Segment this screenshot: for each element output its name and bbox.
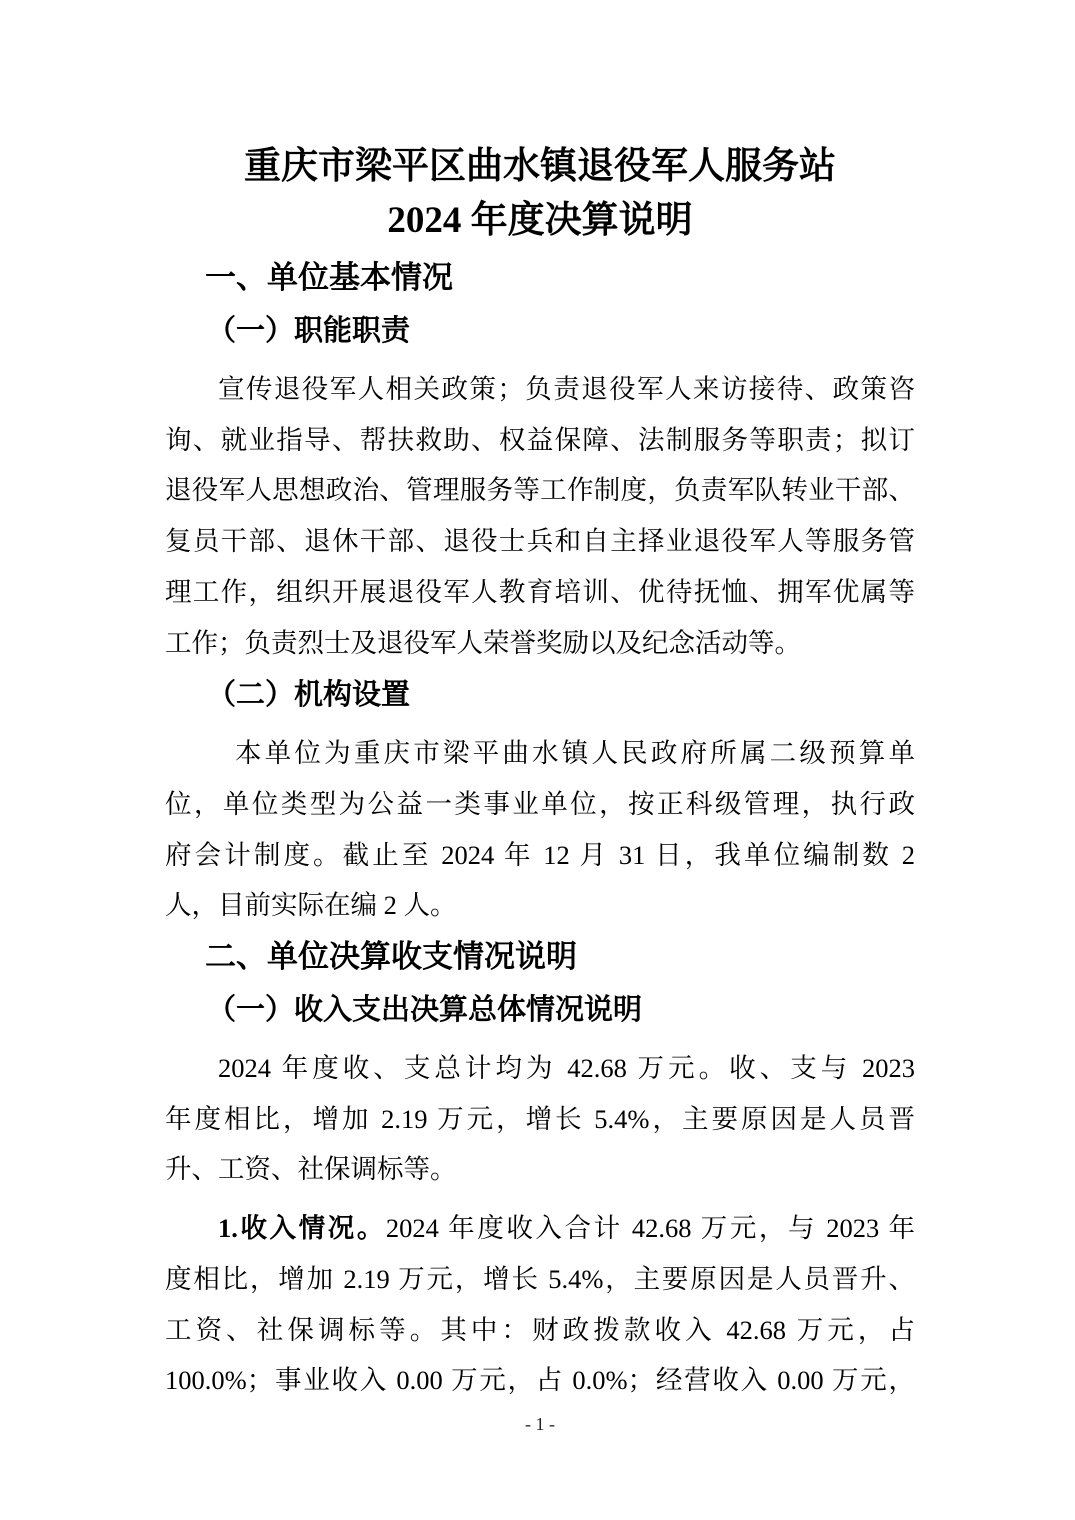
text-line: 升、工资、社保调标等。	[165, 1144, 915, 1195]
subsection-heading-duties: （一）职能职责	[165, 306, 915, 356]
text-line: 复员干部、退休干部、退役士兵和自主择业退役军人等服务管	[165, 516, 915, 567]
income-line1-rest: 2024 年度收入合计 42.68 万元，与 2023 年	[386, 1213, 915, 1243]
subsection-heading-income-expense-overview: （一）收入支出决算总体情况说明	[165, 985, 915, 1035]
document-title-line1: 重庆市梁平区曲水镇退役军人服务站	[165, 140, 915, 194]
text-line: 本单位为重庆市梁平曲水镇人民政府所属二级预算单	[165, 728, 915, 779]
text-line: 府会计制度。截止至 2024 年 12 月 31 日，我单位编制数 2	[165, 830, 915, 881]
income-bold-lead: 1.收入情况。	[218, 1213, 386, 1243]
text-line: 工资、社保调标等。其中：财政拨款收入 42.68 万元，占	[165, 1305, 915, 1356]
document-title-line2: 2024 年度决算说明	[165, 194, 915, 248]
subsection-heading-org-setup: （二）机构设置	[165, 670, 915, 720]
document-page: 重庆市梁平区曲水镇退役军人服务站 2024 年度决算说明 一、单位基本情况 （一…	[0, 0, 1075, 1520]
text-line: 度相比，增加 2.19 万元，增长 5.4%，主要原因是人员晋升、	[165, 1254, 915, 1305]
paragraph-duties: 宣传退役军人相关政策；负责退役军人来访接待、政策咨 询、就业指导、帮扶救助、权益…	[165, 364, 915, 668]
section-heading-budget-overview: 二、单位决算收支情况说明	[165, 931, 915, 983]
text-line: 1.收入情况。2024 年度收入合计 42.68 万元，与 2023 年	[165, 1203, 915, 1254]
paragraph-income: 1.收入情况。2024 年度收入合计 42.68 万元，与 2023 年 度相比…	[165, 1203, 915, 1406]
text-line: 宣传退役军人相关政策；负责退役军人来访接待、政策咨	[165, 364, 915, 415]
paragraph-overview: 2024 年度收、支总计均为 42.68 万元。收、支与 2023 年度相比，增…	[165, 1043, 915, 1195]
text-line: 年度相比，增加 2.19 万元，增长 5.4%，主要原因是人员晋	[165, 1094, 915, 1145]
text-line: 位，单位类型为公益一类事业单位，按正科级管理，执行政	[165, 779, 915, 830]
text-line: 100.0%；事业收入 0.00 万元，占 0.0%；经营收入 0.00 万元，	[165, 1355, 915, 1406]
text-line: 2024 年度收、支总计均为 42.68 万元。收、支与 2023	[165, 1043, 915, 1094]
page-number: - 1 -	[165, 1412, 915, 1436]
text-line: 询、就业指导、帮扶救助、权益保障、法制服务等职责；拟订	[165, 415, 915, 466]
text-line: 工作；负责烈士及退役军人荣誉奖励以及纪念活动等。	[165, 618, 915, 669]
section-heading-unit-basic-info: 一、单位基本情况	[165, 252, 915, 304]
text-line: 理工作，组织开展退役军人教育培训、优待抚恤、拥军优属等	[165, 567, 915, 618]
text-line: 退役军人思想政治、管理服务等工作制度，负责军队转业干部、	[165, 465, 915, 516]
paragraph-org-setup: 本单位为重庆市梁平曲水镇人民政府所属二级预算单 位，单位类型为公益一类事业单位，…	[165, 728, 915, 931]
text-line: 人，目前实际在编 2 人。	[165, 880, 915, 931]
